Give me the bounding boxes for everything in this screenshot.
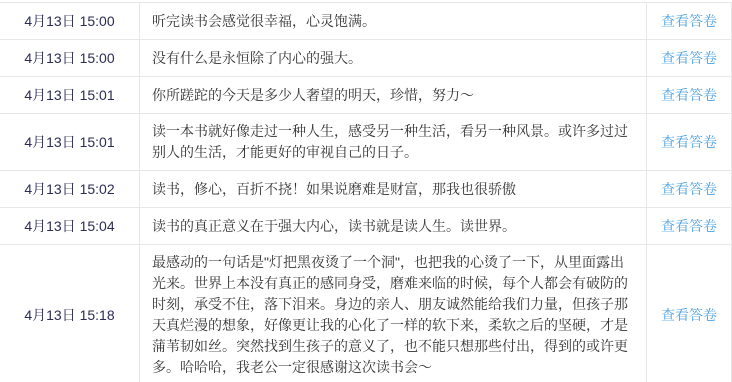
action-cell: 查看答卷 [647,77,731,113]
submit-time: 4月13日 15:00 [0,3,140,39]
answer-text-value: 你所蹉跎的今天是多少人奢望的明天，珍惜，努力～ [152,85,474,106]
answer-text-value: 读书的真正意义在于强大内心，读书就是读人生。读世界。 [152,216,516,237]
submit-time: 4月13日 15:02 [0,171,140,207]
view-answer-link[interactable]: 查看答卷 [661,11,717,31]
table-row: 4月13日 15:01 读一本书就好像走过一种人生，感受另一种生活，看另一种风景… [0,114,731,171]
submit-time: 4月13日 15:04 [0,208,140,244]
table-row: 4月13日 15:01 你所蹉跎的今天是多少人奢望的明天，珍惜，努力～ 查看答卷 [0,77,731,114]
table-row: 4月13日 15:02 读书，修心，百折不挠！如果说磨难是财富，那我也很骄傲 查… [0,171,731,208]
view-answer-link[interactable]: 查看答卷 [661,85,717,105]
answer-text-value: 没有什么是永恒除了内心的强大。 [152,48,362,69]
action-cell: 查看答卷 [647,40,731,76]
submit-time: 4月13日 15:18 [0,245,140,382]
submit-time: 4月13日 15:01 [0,77,140,113]
action-cell: 查看答卷 [647,208,731,244]
answer-text: 读书的真正意义在于强大内心，读书就是读人生。读世界。 [140,208,647,244]
answer-text: 读一本书就好像走过一种人生，感受另一种生活，看另一种风景。或许多过过别人的生活，… [140,114,647,170]
action-cell: 查看答卷 [647,3,731,39]
answer-text-value: 读书，修心，百折不挠！如果说磨难是财富，那我也很骄傲 [152,179,516,200]
table-row: 4月13日 15:18 最感动的一句话是"灯把黑夜烫了一个洞"，也把我的心烫了一… [0,245,731,382]
action-cell: 查看答卷 [647,245,731,382]
action-cell: 查看答卷 [647,171,731,207]
table-row: 4月13日 15:04 读书的真正意义在于强大内心，读书就是读人生。读世界。 查… [0,208,731,245]
answer-text: 读书，修心，百折不挠！如果说磨难是财富，那我也很骄傲 [140,171,647,207]
view-answer-link[interactable]: 查看答卷 [661,179,717,199]
view-answer-link[interactable]: 查看答卷 [661,216,717,236]
answer-text: 最感动的一句话是"灯把黑夜烫了一个洞"，也把我的心烫了一下，从里面露出光来。世界… [140,245,647,382]
view-answer-link[interactable]: 查看答卷 [661,132,717,152]
table-row: 4月13日 15:00 没有什么是永恒除了内心的强大。 查看答卷 [0,40,731,77]
answer-text-value: 听完读书会感觉很幸福，心灵饱满。 [152,11,376,32]
answer-text-value: 最感动的一句话是"灯把黑夜烫了一个洞"，也把我的心烫了一下，从里面露出光来。世界… [152,252,634,378]
answer-text: 没有什么是永恒除了内心的强大。 [140,40,647,76]
action-cell: 查看答卷 [647,114,731,170]
table-row: 4月13日 15:00 听完读书会感觉很幸福，心灵饱满。 查看答卷 [0,3,731,40]
submit-time: 4月13日 15:01 [0,114,140,170]
answer-text: 听完读书会感觉很幸福，心灵饱满。 [140,3,647,39]
submit-time: 4月13日 15:00 [0,40,140,76]
answer-text: 你所蹉跎的今天是多少人奢望的明天，珍惜，努力～ [140,77,647,113]
view-answer-link[interactable]: 查看答卷 [661,305,717,325]
answer-text-value: 读一本书就好像走过一种人生，感受另一种生活，看另一种风景。或许多过过别人的生活，… [152,121,634,163]
survey-response-table: 4月13日 15:00 听完读书会感觉很幸福，心灵饱满。 查看答卷 4月13日 … [0,2,732,382]
view-answer-link[interactable]: 查看答卷 [661,48,717,68]
